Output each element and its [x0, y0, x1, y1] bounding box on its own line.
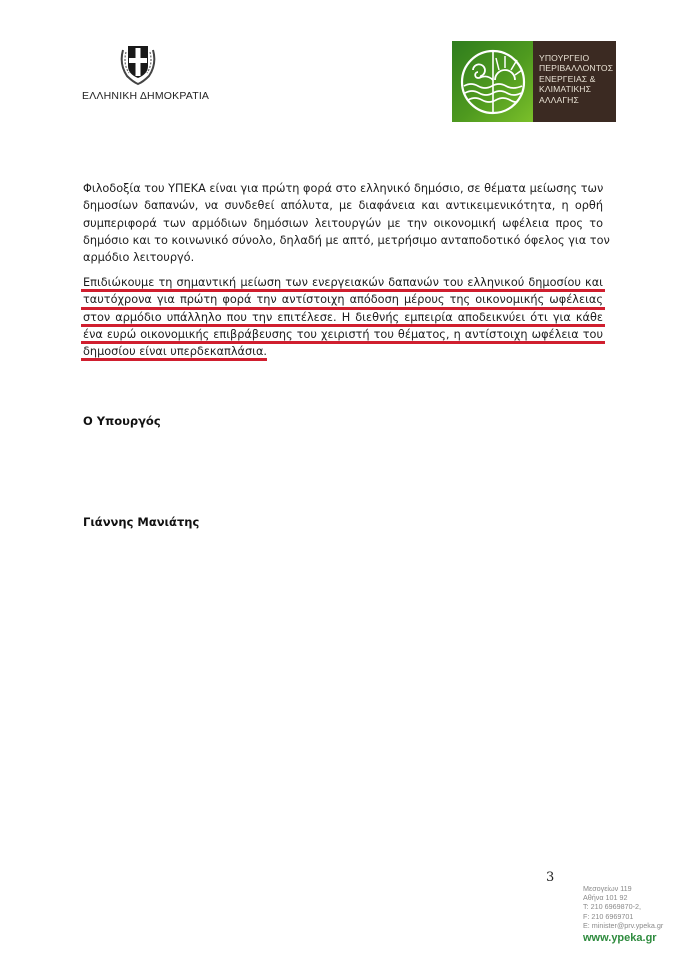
hellenic-republic-emblem: ΕΛΛΗΝΙΚΗ ΔΗΜΟΚΡΑΤΙΑ — [82, 40, 194, 102]
footer-email[interactable]: E: minister@prv.ypeka.gr — [583, 921, 663, 930]
text-line: συμπεριφορά των αρμόδιων δημόσιων λειτου… — [83, 215, 603, 232]
footer-fax: F: 210 6969701 — [583, 912, 663, 921]
paragraph-ambition: Φιλοδοξία του ΥΠΕΚΑ είναι για πρώτη φορά… — [83, 180, 603, 266]
text-line: δημοσίων δαπανών, να συνδεθεί απόλυτα, μ… — [83, 197, 603, 214]
ministry-line: ΠΕΡΙΒΑΛΛΟΝΤΟΣ — [539, 63, 616, 73]
highlighted-line: ένα ευρώ οικονομικής επιβράβευσης του χε… — [83, 326, 603, 343]
text-line: Φιλοδοξία του ΥΠΕΚΑ είναι για πρώτη φορά… — [83, 180, 603, 197]
text-line: Επιδιώκουμε τη σημαντική μείωση των ενερ… — [83, 276, 603, 289]
ministry-line: ΑΛΛΑΓΗΣ — [539, 95, 616, 105]
footer-phone: Τ: 210 6969870-2, — [583, 902, 663, 911]
signature-name: Γιάννης Μανιάτης — [83, 515, 199, 529]
ministry-logo: ΥΠΟΥΡΓΕΙΟ ΠΕΡΙΒΑΛΛΟΝΤΟΣ ΕΝΕΡΓΕΙΑΣ & ΚΛΙΜ… — [452, 41, 616, 122]
text-line: αρμόδιο λειτουργό. — [83, 249, 603, 266]
footer-website-link[interactable]: www.ypeka.gr — [583, 932, 663, 945]
republic-caption: ΕΛΛΗΝΙΚΗ ΔΗΜΟΚΡΑΤΙΑ — [82, 90, 194, 102]
highlighted-line: Επιδιώκουμε τη σημαντική μείωση των ενερ… — [83, 274, 603, 291]
text-line: δημόσιο και το κοινωνικό σύνολο, δηλαδή … — [83, 232, 603, 249]
footer-city: Αθήνα 101 92 — [583, 893, 663, 902]
text-line: δημοσίου είναι υπερδεκαπλάσια. — [83, 345, 267, 358]
text-line: ένα ευρώ οικονομικής επιβράβευσης του χε… — [83, 328, 603, 341]
page-number: 3 — [546, 870, 554, 885]
ministry-line: ΕΝΕΡΓΕΙΑΣ & — [539, 74, 616, 84]
signature-title: Ο Υπουργός — [83, 414, 161, 428]
text-line: στον αρμόδιο υπάλληλο που την επιτέλεσε.… — [83, 311, 603, 324]
text-line: ταυτόχρονα για πρώτη φορά την αντίστοιχη… — [83, 293, 603, 306]
ministry-name: ΥΠΟΥΡΓΕΙΟ ΠΕΡΙΒΑΛΛΟΝΤΟΣ ΕΝΕΡΓΕΙΑΣ & ΚΛΙΜ… — [533, 41, 616, 122]
highlighted-line: στον αρμόδιο υπάλληλο που την επιτέλεσε.… — [83, 309, 603, 326]
paragraph-highlighted: Επιδιώκουμε τη σημαντική μείωση των ενερ… — [83, 274, 603, 360]
red-underline — [81, 358, 267, 361]
logo-emblem — [452, 41, 533, 122]
ministry-line: ΥΠΟΥΡΓΕΙΟ — [539, 53, 616, 63]
coat-of-arms-icon — [115, 40, 161, 86]
highlighted-line: ταυτόχρονα για πρώτη φορά την αντίστοιχη… — [83, 291, 603, 308]
contact-footer: Μεσογείων 119 Αθήνα 101 92 Τ: 210 696987… — [583, 884, 663, 945]
highlighted-line: δημοσίου είναι υπερδεκαπλάσια. — [83, 343, 603, 360]
sun-sea-spiral-icon — [459, 48, 527, 116]
ministry-line: ΚΛΙΜΑΤΙΚΗΣ — [539, 84, 616, 94]
footer-address: Μεσογείων 119 — [583, 884, 663, 893]
